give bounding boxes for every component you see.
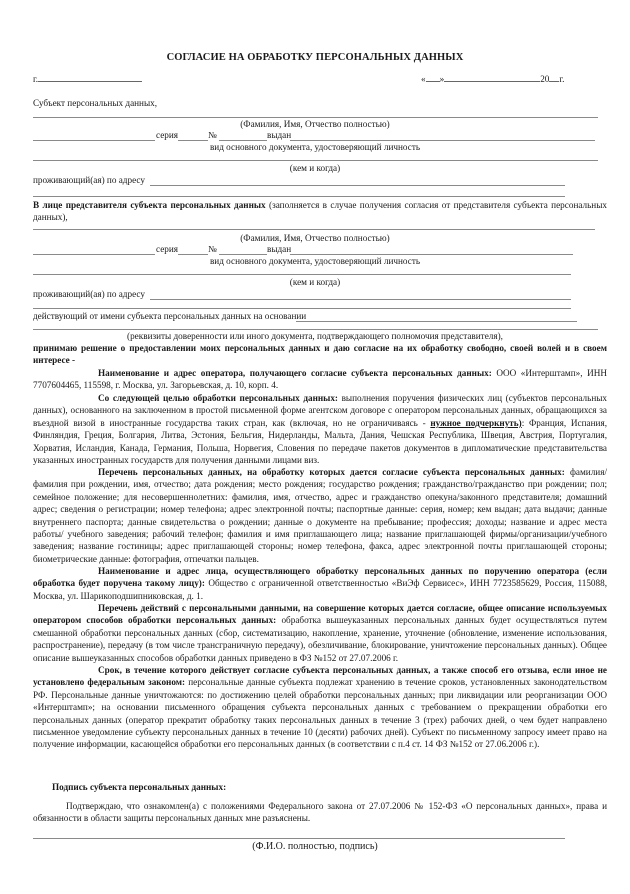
- subject-doc-caption: вид основного документа, удостоверяющий …: [0, 142, 630, 153]
- signature-caption: (Ф.И.О. полностью, подпись): [0, 841, 630, 852]
- representative-fio-line[interactable]: [33, 229, 595, 230]
- representative-fio-caption: (Фамилия, Имя, Отчество полностью): [0, 233, 630, 244]
- subject-number-label: №: [208, 130, 217, 141]
- section-purpose-heading: Со следующей целью обработки персональны…: [98, 393, 338, 403]
- subject-series-line[interactable]: [178, 140, 208, 141]
- city-field[interactable]: г.: [33, 72, 142, 85]
- representative-series-line[interactable]: [178, 254, 208, 255]
- city-input-line[interactable]: [38, 72, 142, 82]
- representative-number-line[interactable]: [219, 254, 267, 255]
- representative-issued-label: выдан: [267, 244, 291, 255]
- section-data-list-text: фамилия/фамилия при рождении, имя, отчес…: [33, 467, 607, 564]
- section-term-text: персональные данные субъекта подлежат хр…: [33, 677, 607, 749]
- subject-number-line[interactable]: [219, 140, 267, 141]
- representative-number-label: №: [208, 244, 217, 255]
- month-input-line[interactable]: [444, 72, 540, 82]
- section-processor: Наименование и адрес лица, осуществляюще…: [33, 565, 607, 602]
- section-operator: Наименование и адрес оператора, получающ…: [33, 367, 607, 392]
- representative-heading: В лице представителя субъекта персональн…: [33, 199, 607, 224]
- date-field[interactable]: «»20г.: [421, 72, 564, 85]
- representative-series-label: серия: [156, 244, 178, 255]
- representative-issuer-caption: (кем и когда): [0, 277, 630, 288]
- decision-statement: принимаю решение о предоставлении моих п…: [33, 342, 607, 367]
- signature-line[interactable]: [33, 838, 565, 839]
- section-data-list-heading: Перечень персональных данных, на обработ…: [98, 467, 565, 477]
- underline-instruction: нужное подчеркнуть): [430, 418, 521, 428]
- subject-series-label: серия: [156, 130, 178, 141]
- day-input-line[interactable]: [426, 72, 440, 82]
- subject-fio-caption: (Фамилия, Имя, Отчество полностью): [0, 119, 630, 130]
- subject-issued-label: выдан: [267, 130, 291, 141]
- representative-issued-line[interactable]: [290, 254, 573, 255]
- section-term: Срок, в течение которого действует согла…: [33, 664, 607, 751]
- subject-address-label: проживающий(ая) по адресу: [33, 175, 145, 186]
- signature-confirmation: Подтверждаю, что ознакомлен(а) с положен…: [33, 800, 607, 825]
- subject-address-line-2[interactable]: [33, 196, 565, 197]
- year-prefix: 20: [540, 74, 549, 84]
- subject-address-line[interactable]: [150, 185, 565, 186]
- representative-address-label: проживающий(ая) по адресу: [33, 289, 145, 300]
- section-data-list: Перечень персональных данных, на обработ…: [33, 466, 607, 565]
- representative-power-caption: (реквизиты доверенности или иного докуме…: [0, 331, 630, 342]
- representative-acting-label: действующий от имени субъекта персональн…: [33, 311, 306, 322]
- subject-issuer-line[interactable]: [33, 160, 598, 161]
- representative-power-line[interactable]: [33, 329, 598, 330]
- representative-heading-bold: В лице представителя субъекта персональн…: [33, 200, 266, 210]
- subject-label: Субъект персональных данных,: [33, 98, 157, 109]
- representative-acting-line[interactable]: [296, 321, 577, 322]
- year-suffix: г.: [559, 74, 564, 84]
- subject-issuer-caption: (кем и когда): [0, 163, 630, 174]
- subject-fio-line[interactable]: [33, 117, 598, 118]
- section-operator-heading: Наименование и адрес оператора, получающ…: [98, 368, 492, 378]
- section-actions: Перечень действий с персональными данным…: [33, 602, 607, 664]
- representative-doc-caption: вид основного документа, удостоверяющий …: [0, 256, 630, 267]
- document-title: СОГЛАСИЕ НА ОБРАБОТКУ ПЕРСОНАЛЬНЫХ ДАННЫ…: [0, 52, 630, 63]
- consent-document: СОГЛАСИЕ НА ОБРАБОТКУ ПЕРСОНАЛЬНЫХ ДАННЫ…: [0, 0, 630, 894]
- subject-issued-line[interactable]: [290, 140, 595, 141]
- year-input-line[interactable]: [549, 72, 559, 82]
- subject-doc-type-line[interactable]: [33, 140, 155, 141]
- representative-doc-type-line[interactable]: [33, 254, 155, 255]
- representative-address-line[interactable]: [150, 299, 571, 300]
- representative-address-line-2[interactable]: [33, 308, 571, 309]
- section-purpose: Со следующей целью обработки персональны…: [33, 392, 607, 466]
- representative-issuer-line[interactable]: [33, 274, 571, 275]
- signature-heading: Подпись субъекта персональных данных:: [52, 782, 226, 793]
